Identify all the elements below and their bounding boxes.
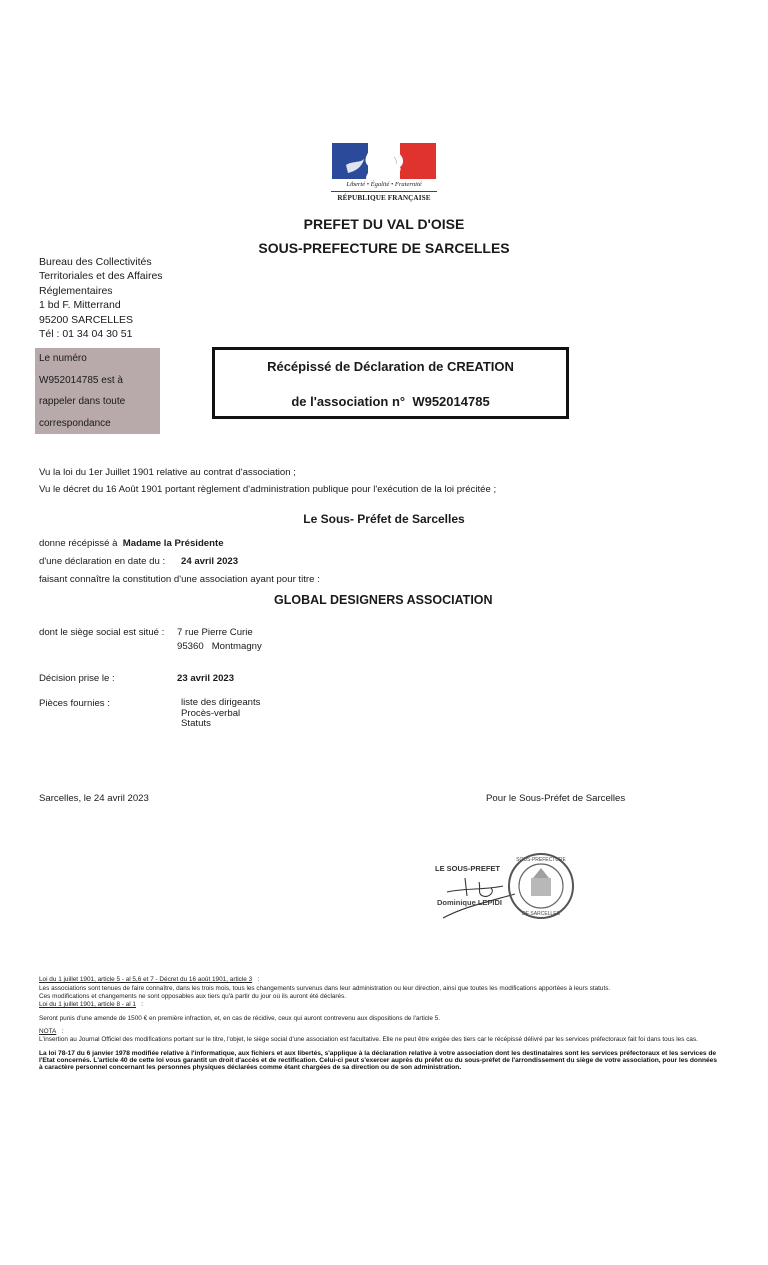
bureau-line: Réglementaires — [39, 284, 163, 298]
association-title: GLOBAL DESIGNERS ASSOCIATION — [274, 593, 493, 607]
receipt-title: Récépissé de Déclaration de CREATION — [215, 359, 566, 374]
legal-basis-law: Vu la loi du 1er Juillet 1901 relative a… — [39, 467, 296, 478]
footer-ref-1-text-2: Ces modifications et changements ne sont… — [39, 993, 729, 1000]
association-number-label: de l'association n° — [291, 394, 405, 409]
documents-label: Pièces fournies : — [39, 698, 110, 709]
reference-note: Le numéro W952014785 est à rappeler dans… — [35, 348, 160, 434]
authority: Le Sous- Préfet de Sarcelles — [0, 512, 768, 526]
reference-note-line: Le numéro — [39, 348, 160, 370]
bureau-line: 1 bd F. Mitterrand — [39, 298, 163, 312]
footer-ref-2-text: Seront punis d'une amende de 1500 € en p… — [39, 1015, 729, 1022]
declaration-date-row: d'une déclaration en date du : — [39, 556, 165, 567]
association-number-line: de l'association n° W952014785 — [215, 394, 566, 409]
republic-motto: Liberté • Égalité • Fraternité — [331, 181, 437, 188]
documents-list: liste des dirigeants Procès-verbal Statu… — [181, 698, 260, 730]
place-date: Sarcelles, le 24 avril 2023 — [39, 793, 149, 804]
signature-and-stamp: LE SOUS-PREFET Dominique LEPIDI SOUS-PRE… — [425, 848, 585, 928]
seat-street: 7 rue Pierre Curie — [177, 627, 253, 638]
bureau-line: 95200 SARCELLES — [39, 313, 163, 327]
footer-ref-1: Loi du 1 juillet 1901, article 5 - al 5,… — [39, 976, 252, 983]
footer-ref-1-text: Les associations sont tenues de faire co… — [39, 985, 729, 992]
legal-basis-decree: Vu le décret du 16 Août 1901 portant règ… — [39, 484, 496, 495]
seat-city: Montmagny — [212, 641, 262, 652]
on-behalf-of: Pour le Sous-Préfet de Sarcelles — [486, 793, 625, 804]
marianne-flag-icon — [332, 143, 436, 179]
seat-label: dont le siège social est situé : — [39, 627, 164, 638]
sub-prefecture-title: SOUS-PREFECTURE DE SARCELLES — [0, 240, 768, 256]
reference-note-line: W952014785 est à — [39, 370, 160, 392]
reference-note-line: correspondance — [39, 413, 160, 435]
document-item: Statuts — [181, 719, 260, 730]
decision-label: Décision prise le : — [39, 673, 115, 684]
bureau-line: Bureau des Collectivités — [39, 255, 163, 269]
marianne-logo: Liberté • Égalité • Fraternité RÉPUBLIQU… — [331, 143, 437, 205]
svg-text:DE SARCELLES: DE SARCELLES — [522, 911, 560, 917]
receipt-title-box: Récépissé de Déclaration de CREATION de … — [212, 347, 569, 419]
official-stamp-icon: SOUS-PREFECTURE DE SARCELLES — [507, 852, 575, 920]
title-intro: faisant connaître la constitution d'une … — [39, 574, 320, 585]
given-to-row: donne récépissé à Madame la Présidente — [39, 538, 224, 549]
decision-date: 23 avril 2023 — [177, 673, 234, 684]
prefecture-title: PREFET DU VAL D'OISE — [0, 216, 768, 232]
republic-name: RÉPUBLIQUE FRANÇAISE — [331, 191, 437, 202]
footer-legal: Loi du 1 juillet 1901, article 5 - al 5,… — [39, 976, 729, 1071]
declaration-date-label: d'une déclaration en date du : — [39, 556, 165, 567]
reference-note-line: rappeler dans toute — [39, 391, 160, 413]
document-item: liste des dirigeants — [181, 698, 260, 709]
association-number: W952014785 — [412, 394, 489, 409]
footer-cnil-text: La loi 78-17 du 6 janvier 1978 modifiée … — [39, 1050, 719, 1072]
declaration-date-value: 24 avril 2023 — [181, 556, 238, 567]
bureau-address: Bureau des Collectivités Territoriales e… — [39, 255, 163, 341]
footer-ref-2: Loi du 1 juillet 1901, article 8 - al 1 — [39, 1001, 136, 1008]
svg-text:SOUS-PREFECTURE: SOUS-PREFECTURE — [516, 857, 566, 863]
footer-nota-label: NOTA — [39, 1028, 56, 1035]
bureau-phone: Tél : 01 34 04 30 51 — [39, 327, 163, 341]
seat-city-line: 95360 Montmagny — [177, 641, 262, 652]
given-to-label: donne récépissé à — [39, 538, 117, 549]
bureau-line: Territoriales et des Affaires — [39, 269, 163, 283]
seat-postal-code: 95360 — [177, 641, 204, 652]
footer-nota-text: L'insertion au Journal Officiel des modi… — [39, 1036, 719, 1043]
given-to-value: Madame la Présidente — [123, 538, 224, 549]
